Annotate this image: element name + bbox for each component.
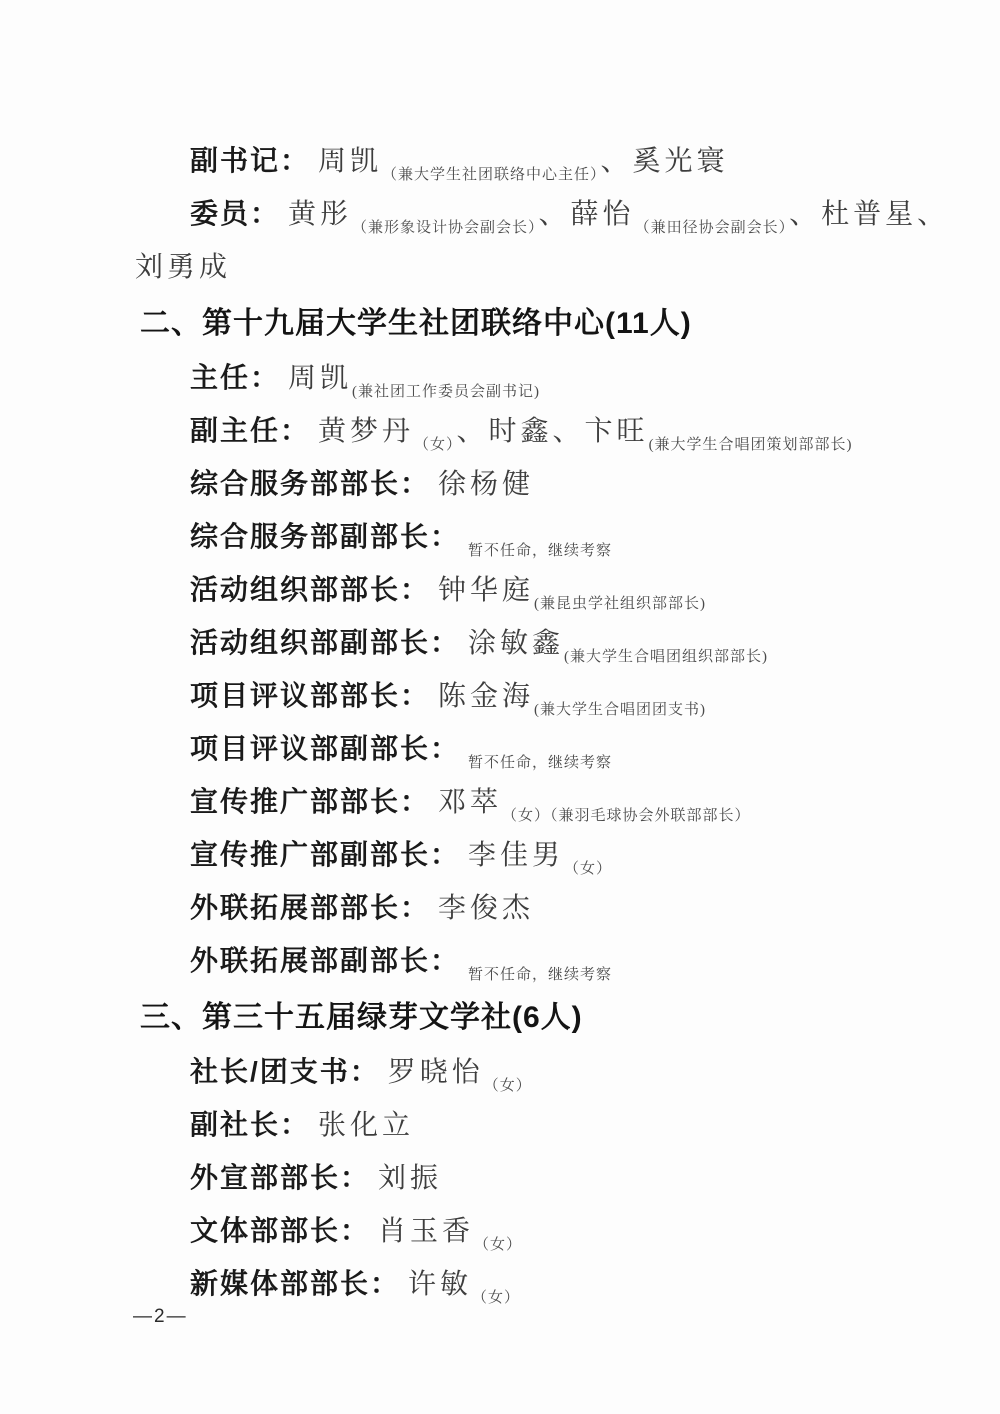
document-line: 宣传推广部部长：邓萃（女）（兼羽毛球协会外联部部长） xyxy=(0,780,1000,833)
section-heading: 三、第三十五届绿芽文学社(6人) xyxy=(0,992,1000,1050)
role-label: 项目评议部副部长： xyxy=(190,733,460,764)
person-name: 刘振 xyxy=(378,1163,442,1194)
document-line: 文体部部长：肖玉香（女） xyxy=(0,1209,1000,1262)
document-page: 副书记：周凯（兼大学生社团联络中心主任）、奚光寰委员：黄彤（兼形象设计协会副会长… xyxy=(0,0,1000,1414)
document-line: 副社长：张化立 xyxy=(0,1103,1000,1156)
role-label: 项目评议部部长： xyxy=(190,680,430,711)
annotation: （女） xyxy=(414,437,455,453)
role-label: 宣传推广部副部长： xyxy=(190,839,460,870)
annotation: （女） xyxy=(472,1290,520,1306)
page-number: —2— xyxy=(133,1306,188,1328)
document-line: 外联拓展部副部长：暂不任命，继续考察 xyxy=(0,939,1000,992)
role-label: 外宣部部长： xyxy=(190,1162,370,1193)
document-line: 委员：黄彤（兼形象设计协会副会长）、薛怡（兼田径协会副会长）、杜普星、 xyxy=(0,192,1000,245)
annotation: (兼大学生合唱团团支书) xyxy=(534,702,706,718)
person-name: 、薛怡 xyxy=(539,199,635,230)
person-name: 张化立 xyxy=(318,1110,414,1141)
heading-text: 三、第三十五届绿芽文学社(6人) xyxy=(140,1001,583,1034)
document-line: 综合服务部部长：徐杨健 xyxy=(0,462,1000,515)
role-label: 宣传推广部部长： xyxy=(190,786,430,817)
document-line: 项目评议部副部长：暂不任命，继续考察 xyxy=(0,727,1000,780)
role-label: 活动组织部部长： xyxy=(190,574,430,605)
annotation: （女） xyxy=(484,1078,532,1094)
annotation: 暂不任命，继续考察 xyxy=(468,967,612,983)
heading-text: 二、第十九届大学生社团联络中心(11人) xyxy=(140,307,692,340)
role-label: 综合服务部部长： xyxy=(190,468,430,499)
document-line: 社长/团支书：罗晓怡（女） xyxy=(0,1050,1000,1103)
annotation: 暂不任命，继续考察 xyxy=(468,755,612,771)
person-name: 、奚光寰 xyxy=(601,146,729,177)
document-line: 活动组织部副部长：涂敏鑫(兼大学生合唱团组织部部长) xyxy=(0,621,1000,674)
role-label: 文体部部长： xyxy=(190,1215,370,1246)
role-label: 副社长： xyxy=(190,1109,310,1140)
person-name: 黄梦丹 xyxy=(318,416,414,447)
annotation: （兼田径协会副会长） xyxy=(635,220,788,236)
person-name: 、杜普星、 xyxy=(789,199,949,230)
person-name: 陈金海 xyxy=(438,681,534,712)
document-line: 刘勇成 xyxy=(0,245,1000,298)
document-line: 副书记：周凯（兼大学生社团联络中心主任）、奚光寰 xyxy=(0,139,1000,192)
role-label: 社长/团支书： xyxy=(190,1056,380,1087)
role-label: 委员： xyxy=(190,198,280,229)
annotation: 暂不任命，继续考察 xyxy=(468,543,612,559)
document-line: 副主任：黄梦丹（女）、时鑫、卞旺(兼大学生合唱团策划部部长) xyxy=(0,409,1000,462)
document-line: 综合服务部副部长：暂不任命，继续考察 xyxy=(0,515,1000,568)
person-name: 徐杨健 xyxy=(438,469,534,500)
person-name: 、时鑫、卞旺 xyxy=(457,416,649,447)
annotation: （女） xyxy=(474,1237,522,1253)
person-name: 肖玉香 xyxy=(378,1216,474,1247)
section-heading: 二、第十九届大学生社团联络中心(11人) xyxy=(0,298,1000,356)
role-label: 副主任： xyxy=(190,415,310,446)
document-line: 项目评议部部长：陈金海(兼大学生合唱团团支书) xyxy=(0,674,1000,727)
document-body: 副书记：周凯（兼大学生社团联络中心主任）、奚光寰委员：黄彤（兼形象设计协会副会长… xyxy=(0,0,1000,1315)
document-line: 宣传推广部副部长：李佳男（女） xyxy=(0,833,1000,886)
person-name: 黄彤 xyxy=(288,199,352,230)
annotation: （兼形象设计协会副会长） xyxy=(352,220,537,236)
person-name: 周凯 xyxy=(318,146,382,177)
person-name: 邓萃 xyxy=(438,787,502,818)
person-name: 钟华庭 xyxy=(438,575,534,606)
person-name: 李佳男 xyxy=(468,840,564,871)
role-label: 外联拓展部部长： xyxy=(190,892,430,923)
annotation: （兼大学生社团联络中心主任） xyxy=(382,167,599,183)
person-name: 刘勇成 xyxy=(135,252,231,283)
role-label: 综合服务部副部长： xyxy=(190,521,460,552)
annotation: (兼大学生合唱团组织部部长) xyxy=(564,649,768,665)
document-line: 外联拓展部部长：李俊杰 xyxy=(0,886,1000,939)
person-name: 周凯 xyxy=(288,363,352,394)
annotation: （女） xyxy=(564,861,612,877)
person-name: 李俊杰 xyxy=(438,893,534,924)
person-name: 罗晓怡 xyxy=(388,1057,484,1088)
role-label: 活动组织部副部长： xyxy=(190,627,460,658)
person-name: 许敏 xyxy=(408,1269,472,1300)
annotation: (兼社团工作委员会副书记) xyxy=(352,384,540,400)
annotation: (兼大学生合唱团策划部部长) xyxy=(649,437,853,453)
document-line: 活动组织部部长：钟华庭(兼昆虫学社组织部部长) xyxy=(0,568,1000,621)
role-label: 新媒体部部长： xyxy=(190,1268,400,1299)
role-label: 外联拓展部副部长： xyxy=(190,945,460,976)
annotation: (兼昆虫学社组织部部长) xyxy=(534,596,706,612)
role-label: 主任： xyxy=(190,362,280,393)
role-label: 副书记： xyxy=(190,145,310,176)
annotation: （女）（兼羽毛球协会外联部部长） xyxy=(502,808,751,824)
document-line: 主任：周凯(兼社团工作委员会副书记) xyxy=(0,356,1000,409)
person-name: 涂敏鑫 xyxy=(468,628,564,659)
document-line: 外宣部部长：刘振 xyxy=(0,1156,1000,1209)
